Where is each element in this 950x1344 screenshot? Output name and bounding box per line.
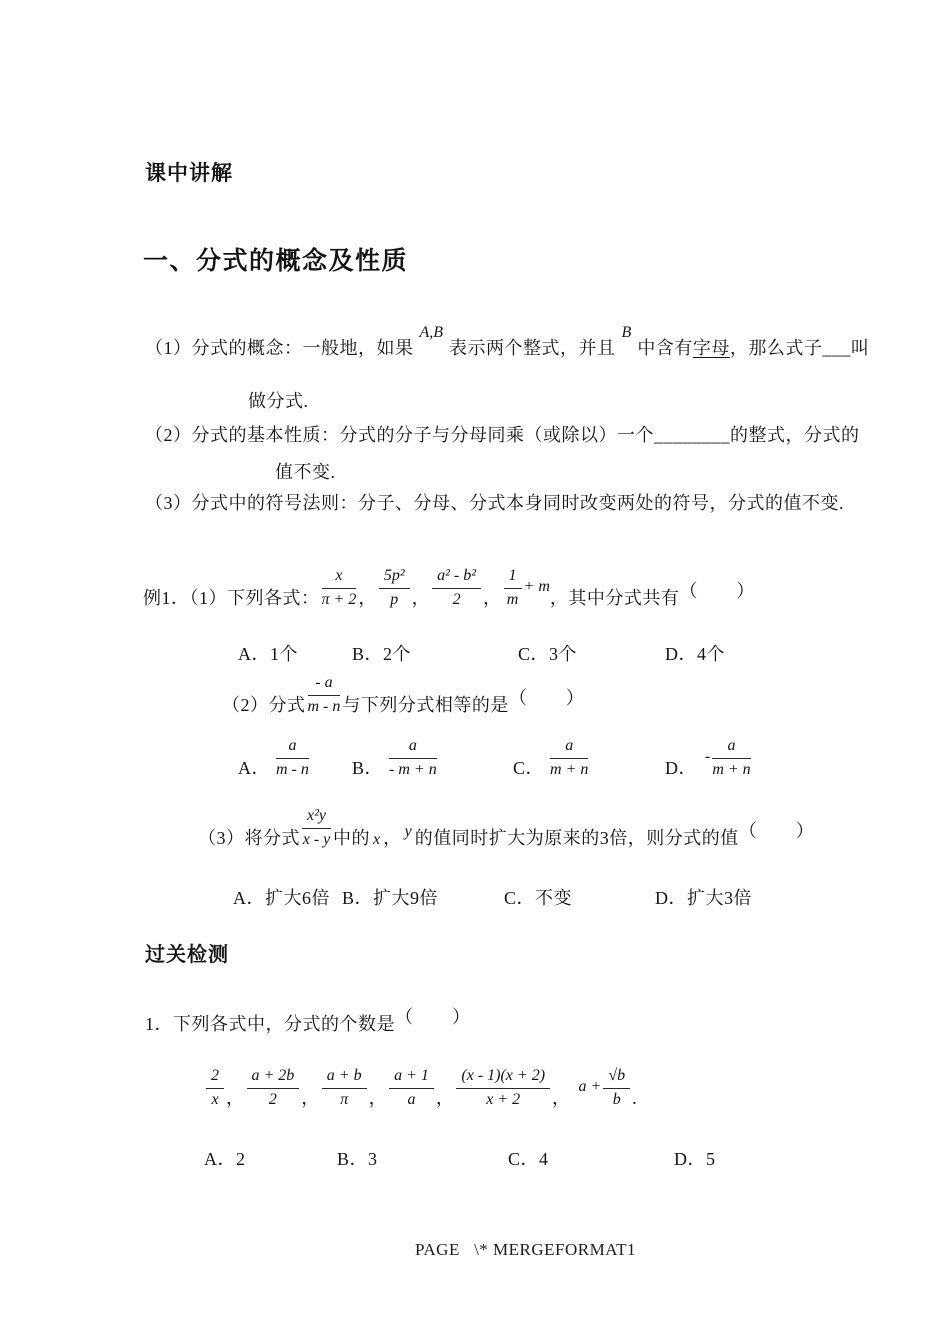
concept-1-mid-2: 中含有 bbox=[637, 338, 693, 358]
option-a: A．2 bbox=[204, 1145, 246, 1171]
concept-1-tail: 叫 bbox=[851, 338, 870, 358]
fraction-denominator: m - n bbox=[308, 696, 341, 718]
fraction-denominator: p bbox=[379, 589, 410, 611]
section-heading: 一、分式的概念及性质 bbox=[143, 241, 408, 277]
option-d: D．扩大3倍 bbox=[655, 884, 752, 910]
fraction: am - n bbox=[276, 736, 309, 781]
answer-paren-blank: （ ） bbox=[739, 821, 815, 841]
option-b: B．2个 bbox=[352, 640, 411, 666]
underlined-term: 字母 bbox=[693, 338, 730, 358]
example1-q2-stem: （2）分式- am - n与下列分式相等的是（ ） bbox=[222, 673, 585, 718]
answer-paren-blank: （ ） bbox=[679, 581, 755, 601]
option-d: D．4个 bbox=[665, 640, 725, 666]
math-sup-b: B bbox=[622, 324, 632, 341]
concept-1-line-1: （1）分式的概念：一般地，如果A,B表示两个整式，并且B中含有字母，那么式子__… bbox=[145, 334, 869, 360]
concept-1-pre: （1）分式的概念：一般地，如果 bbox=[145, 338, 414, 358]
concept-2-line-1: （2）分式的基本性质：分式的分子与分母同乘（或除以）一个________的整式，… bbox=[145, 421, 860, 447]
fraction-denominator: x - y bbox=[302, 829, 331, 851]
fraction: 2x bbox=[206, 1066, 224, 1111]
fraction-numerator: a + 1 bbox=[389, 1066, 434, 1089]
page-footer-field: PAGE \* MERGEFORMAT1 bbox=[415, 1240, 636, 1260]
fraction: a- m + n bbox=[389, 736, 437, 781]
fraction: am + n bbox=[712, 736, 750, 781]
concept-1-mid-1: 表示两个整式，并且 bbox=[449, 338, 616, 358]
example1-q1-stem: 例1．（1）下列各式：xπ + 2，5p²p，a² - b²2，1m+ m，其中… bbox=[143, 566, 755, 611]
concept-3-text: （3）分式中的符号法则：分子、分母、分式本身同时改变两处的符号，分式的值不变. bbox=[145, 489, 844, 515]
fraction-denominator: m + n bbox=[712, 759, 750, 781]
period: . bbox=[632, 1088, 637, 1108]
fraction-numerator: 5p² bbox=[379, 566, 410, 589]
answer-paren-blank: （ ） bbox=[509, 688, 585, 708]
fraction: am + n bbox=[550, 736, 588, 781]
example1-q2-tail: 与下列分式相等的是 bbox=[342, 695, 509, 715]
option-c: C．am + n bbox=[513, 736, 590, 781]
concept-2-tail: 的整式，分式的 bbox=[730, 425, 860, 445]
separator: ， bbox=[383, 828, 402, 848]
fraction-denominator: π bbox=[322, 1089, 367, 1111]
fraction-denominator: - m + n bbox=[389, 759, 437, 781]
fraction-denominator: 2 bbox=[432, 589, 481, 611]
option-a: A．扩大6倍 bbox=[233, 884, 330, 910]
fraction-numerator: 1 bbox=[504, 566, 522, 589]
fraction-numerator: (x - 1)(x + 2) bbox=[456, 1066, 550, 1089]
fraction-numerator: a bbox=[550, 736, 588, 759]
fraction: a + 2b2 bbox=[247, 1066, 300, 1111]
fraction-denominator: m - n bbox=[276, 759, 309, 781]
option-b: B．扩大9倍 bbox=[342, 884, 438, 910]
math-var-y: y bbox=[405, 823, 412, 840]
option-a: A．am - n bbox=[238, 736, 311, 781]
math-sup-ab: A,B bbox=[420, 324, 444, 341]
option-d: D．-am + n bbox=[665, 736, 753, 781]
option-letter: A． bbox=[238, 758, 270, 778]
example1-q3-tail: 的值同时扩大为原来的3倍，则分式的值 bbox=[415, 828, 739, 848]
fraction-numerator: a bbox=[389, 736, 437, 759]
fraction-denominator: a bbox=[389, 1089, 434, 1111]
fraction-numerator: a + 2b bbox=[247, 1066, 300, 1089]
separator: ， bbox=[550, 588, 569, 608]
fraction-denominator: m bbox=[504, 589, 522, 611]
option-b: B．3 bbox=[337, 1145, 378, 1171]
fraction-numerator: x²y bbox=[302, 806, 331, 829]
separator: ， bbox=[552, 1088, 571, 1108]
example1-q3-pre: （3）将分式 bbox=[198, 828, 300, 848]
concept-2-pre: （2）分式的基本性质：分式的分子与分母同乘（或除以）一个 bbox=[145, 425, 654, 445]
fraction-numerator: x bbox=[322, 566, 357, 589]
lecture-heading: 课中讲解 bbox=[145, 157, 233, 187]
fraction: - am - n bbox=[308, 673, 341, 718]
example1-tail: 其中分式共有 bbox=[568, 588, 679, 608]
separator: ， bbox=[358, 588, 377, 608]
fraction-denominator: b bbox=[603, 1089, 630, 1111]
fraction-numerator: 2 bbox=[206, 1066, 224, 1089]
fraction: xπ + 2 bbox=[322, 566, 357, 611]
separator: ， bbox=[483, 588, 502, 608]
fraction-denominator: 2 bbox=[247, 1089, 300, 1111]
math-var-x: x bbox=[373, 831, 380, 848]
example1-label: 例1．（1）下列各式： bbox=[143, 588, 320, 608]
answer-paren-blank: （ ） bbox=[395, 1007, 471, 1027]
option-letter: C． bbox=[513, 758, 544, 778]
option-a: A．1个 bbox=[238, 640, 298, 666]
concept-1-mid-3: ，那么式子 bbox=[730, 338, 823, 358]
option-c: C．4 bbox=[508, 1145, 549, 1171]
quiz-q1-stem: 1．下列各式中，分式的个数是（ ） bbox=[145, 1010, 471, 1036]
fraction-numerator: √b bbox=[603, 1066, 630, 1089]
fraction: a + bπ bbox=[322, 1066, 367, 1111]
separator: ， bbox=[301, 1088, 320, 1108]
fraction: 5p²p bbox=[379, 566, 410, 611]
example1-q2-pre: （2）分式 bbox=[222, 695, 306, 715]
fraction-denominator: x bbox=[206, 1089, 224, 1111]
option-letter: B． bbox=[352, 758, 383, 778]
fill-blank-long: ________ bbox=[654, 425, 730, 445]
option-c: C．不变 bbox=[504, 884, 572, 910]
concept-1-line-2: 做分式. bbox=[248, 387, 309, 413]
fraction: a + 1a bbox=[389, 1066, 434, 1111]
fraction: a² - b²2 bbox=[432, 566, 481, 611]
option-c: C．3个 bbox=[518, 640, 577, 666]
option-b: B．a- m + n bbox=[352, 736, 439, 781]
fraction-numerator: a bbox=[712, 736, 750, 759]
concept-2-line-2: 值不变. bbox=[275, 458, 336, 484]
minus-sign: - bbox=[705, 748, 710, 765]
example1-q3-stem: （3）将分式x²yx - y中的x，y的值同时扩大为原来的3倍，则分式的值（ ） bbox=[198, 806, 815, 851]
fraction-numerator: - a bbox=[308, 673, 341, 696]
separator: ， bbox=[369, 1088, 388, 1108]
quiz-q1-expressions: 2x，a + 2b2，a + bπ，a + 1a，(x - 1)(x + 2)x… bbox=[204, 1066, 637, 1111]
fraction-denominator: π + 2 bbox=[322, 589, 357, 611]
separator: ， bbox=[226, 1088, 245, 1108]
separator: ， bbox=[436, 1088, 455, 1108]
fraction-numerator: a bbox=[276, 736, 309, 759]
fraction: (x - 1)(x + 2)x + 2 bbox=[456, 1066, 550, 1111]
fraction: 1m bbox=[504, 566, 522, 611]
fraction: x²yx - y bbox=[302, 806, 331, 851]
separator: ， bbox=[412, 588, 431, 608]
fraction: √bb bbox=[603, 1066, 630, 1111]
option-d: D．5 bbox=[674, 1145, 716, 1171]
math-prefix: a + bbox=[579, 1078, 602, 1095]
fraction-numerator: a + b bbox=[322, 1066, 367, 1089]
document-page: { "doc": { "lecture_heading": "课中讲解", "s… bbox=[0, 0, 950, 1344]
option-letter: D． bbox=[665, 758, 697, 778]
example1-q3-mid: 中的 bbox=[333, 828, 370, 848]
fraction-denominator: x + 2 bbox=[456, 1089, 550, 1111]
fraction-denominator: m + n bbox=[550, 759, 588, 781]
quiz-q1-text: 1．下列各式中，分式的个数是 bbox=[145, 1014, 395, 1034]
math-suffix: + m bbox=[524, 578, 550, 595]
fill-blank-short: ___ bbox=[822, 338, 851, 358]
checkpoint-heading: 过关检测 bbox=[145, 938, 229, 967]
fraction-numerator: a² - b² bbox=[432, 566, 481, 589]
